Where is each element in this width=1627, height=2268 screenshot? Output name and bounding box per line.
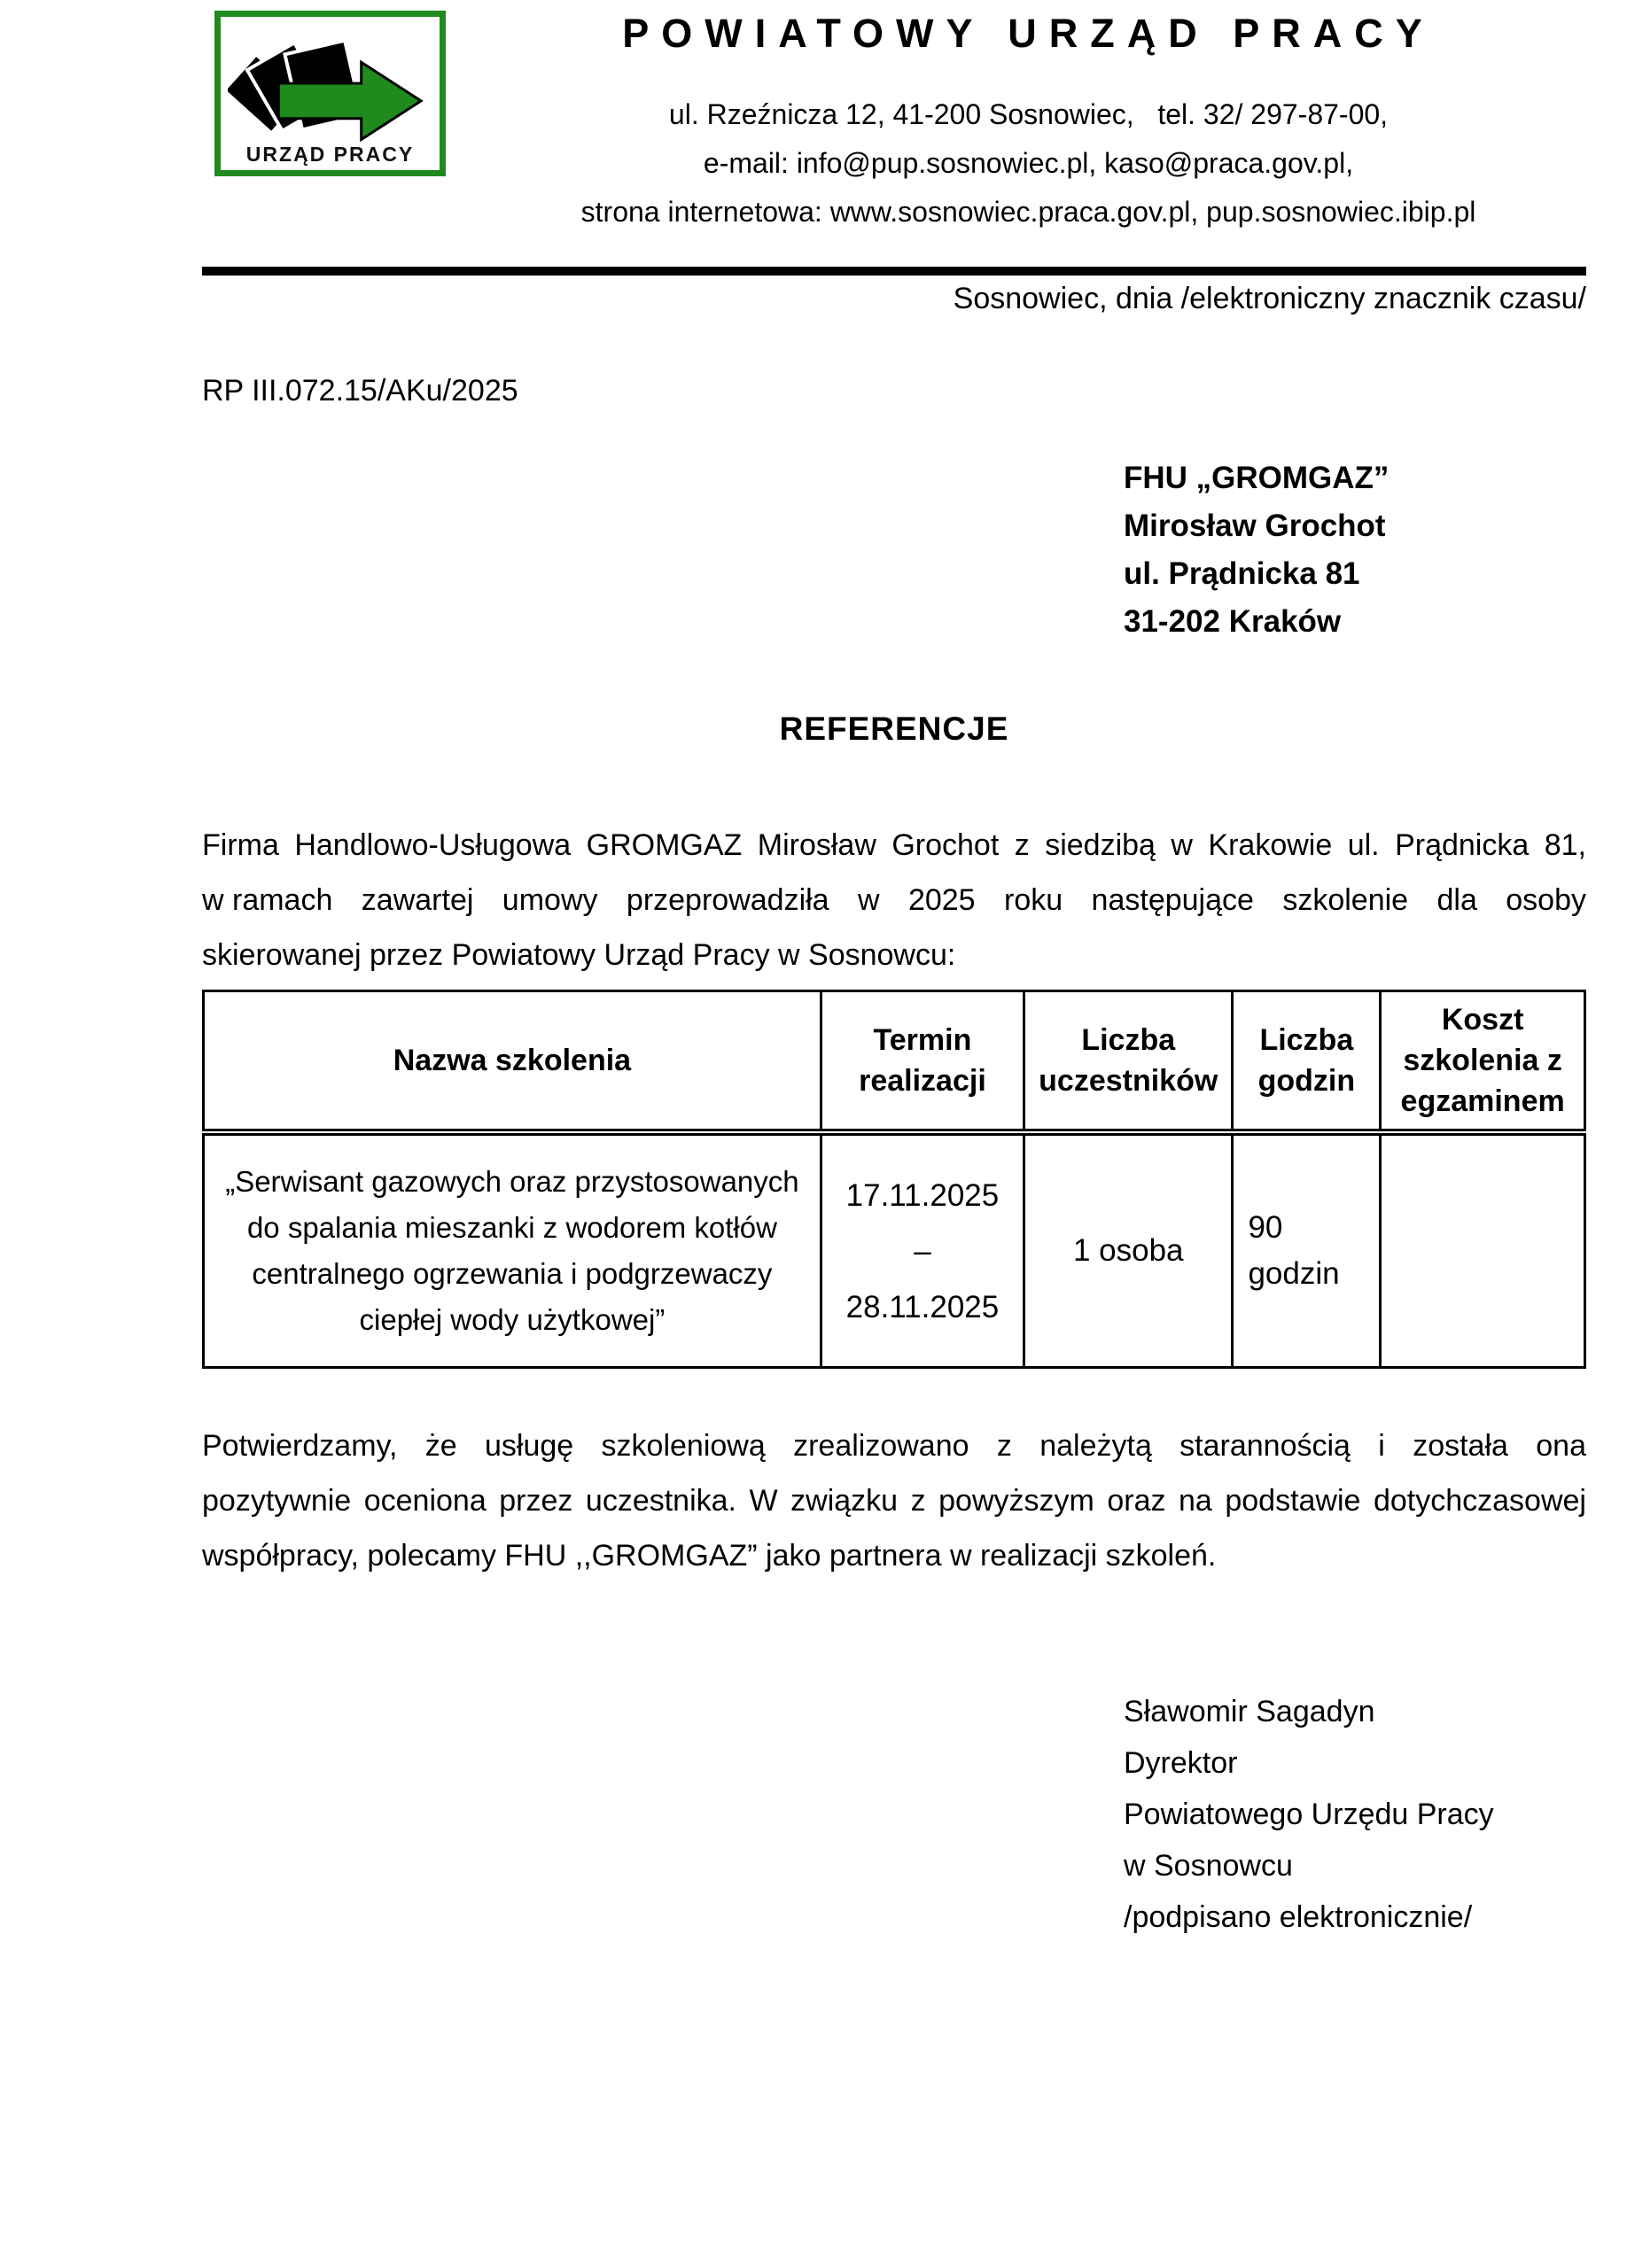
intro-line-1: Firma Handlowo-Usługowa GROMGAZ Mirosław… — [202, 818, 1586, 873]
table-row: „Serwisant gazowych oraz przystosowanych… — [204, 1132, 1585, 1368]
recipient-city: 31-202 Kraków — [1124, 598, 1586, 646]
column-header-term: Termin realizacji — [821, 991, 1024, 1133]
recipient-address-block: FHU „GROMGAZ” Mirosław Grochot ul. Prądn… — [1124, 454, 1586, 646]
office-email-line: e-mail: info@pup.sosnowiec.pl, kaso@prac… — [471, 139, 1586, 188]
column-header-hours: Liczba godzin — [1233, 991, 1381, 1133]
signature-office-line-1: Powiatowego Urzędu Pracy — [1124, 1789, 1586, 1840]
closing-line-3: współpracy, polecamy FHU ,,GROMGAZ” jako… — [202, 1528, 1586, 1583]
document-page: URZĄD PRACY POWIATOWY URZĄD PRACY ul. Rz… — [0, 0, 1627, 2268]
reference-number: RP III.072.15/AKu/2025 — [202, 371, 1586, 410]
intro-line-3: skierowanej przez Powiatowy Urząd Pracy … — [202, 928, 1586, 983]
training-table: Nazwa szkolenia Termin realizacji Liczba… — [202, 990, 1586, 1369]
closing-paragraph: Potwierdzamy, że usługę szkoleniową zrea… — [202, 1418, 1586, 1583]
signature-role: Dyrektor — [1124, 1737, 1586, 1789]
column-header-cost: Koszt szkolenia z egzaminem — [1381, 991, 1585, 1133]
hours-cell: 90 godzin — [1233, 1132, 1381, 1368]
signature-name: Sławomir Sagadyn — [1124, 1686, 1586, 1737]
logo-sheets-arrow-icon — [228, 36, 432, 143]
letterhead-text: POWIATOWY URZĄD PRACY ul. Rzeźnicza 12, … — [446, 11, 1586, 237]
intro-line-2: w ramach zawartej umowy przeprowadziła w… — [202, 873, 1586, 928]
training-term-cell: 17.11.2025 – 28.11.2025 — [821, 1132, 1024, 1368]
signature-office-line-2: w Sosnowcu — [1124, 1840, 1586, 1891]
closing-line-2: pozytywnie oceniona przez uczestnika. W … — [202, 1473, 1586, 1528]
table-header-row: Nazwa szkolenia Termin realizacji Liczba… — [204, 991, 1585, 1133]
recipient-person: Mirosław Grochot — [1124, 502, 1586, 550]
date-line: Sosnowiec, dnia /elektroniczny znacznik … — [202, 279, 1586, 318]
office-contact-info: ul. Rzeźnicza 12, 41-200 Sosnowiec, tel.… — [471, 90, 1586, 237]
term-start-date: 17.11.2025 — [828, 1168, 1017, 1223]
recipient-street: ul. Prądnicka 81 — [1124, 550, 1586, 598]
term-end-date: 28.11.2025 — [828, 1279, 1017, 1335]
term-dash: – — [828, 1223, 1017, 1279]
document-title: REFERENCJE — [202, 710, 1586, 749]
intro-paragraph: Firma Handlowo-Usługowa GROMGAZ Mirosław… — [202, 818, 1586, 983]
employment-office-logo: URZĄD PRACY — [214, 11, 446, 176]
participants-cell: 1 osoba — [1024, 1132, 1233, 1368]
signature-block: Sławomir Sagadyn Dyrektor Powiatowego Ur… — [1124, 1686, 1586, 1943]
office-address-line: ul. Rzeźnicza 12, 41-200 Sosnowiec, tel.… — [471, 90, 1586, 139]
letterhead: URZĄD PRACY POWIATOWY URZĄD PRACY ul. Rz… — [202, 11, 1586, 237]
intro-line-2-lead: w ramach — [202, 873, 332, 928]
logo-caption: URZĄD PRACY — [246, 143, 414, 166]
column-header-participants: Liczba uczestników — [1024, 991, 1233, 1133]
recipient-company: FHU „GROMGAZ” — [1124, 454, 1586, 502]
cost-cell — [1381, 1132, 1585, 1368]
closing-line-1: Potwierdzamy, że usługę szkoleniową zrea… — [202, 1418, 1586, 1473]
signature-electronic-note: /podpisano elektronicznie/ — [1124, 1891, 1586, 1943]
training-name-cell: „Serwisant gazowych oraz przystosowanych… — [204, 1132, 821, 1368]
column-header-training-name: Nazwa szkolenia — [204, 991, 821, 1133]
header-divider-rule — [202, 267, 1586, 276]
intro-line-2-rest: zawartej umowy przeprowadziła w 2025 rok… — [362, 883, 1586, 917]
office-name-title: POWIATOWY URZĄD PRACY — [471, 11, 1586, 57]
office-website-line: strona internetowa: www.sosnowiec.praca.… — [471, 188, 1586, 237]
